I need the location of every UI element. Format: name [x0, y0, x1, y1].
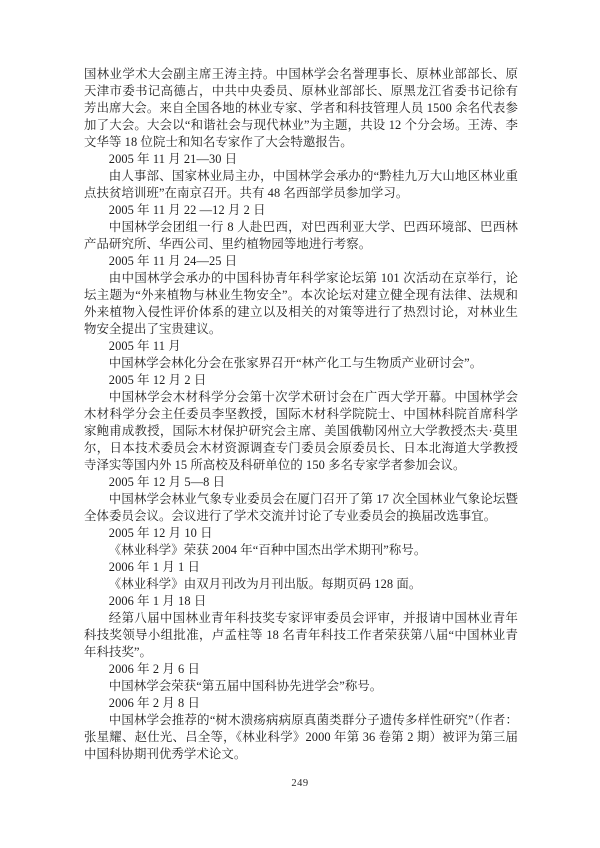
entry-date: 2006 年 2 月 6 日	[84, 661, 518, 678]
entry-date: 2006 年 2 月 8 日	[84, 695, 518, 712]
entry-paragraph: 经第八届中国林业青年科技奖专家评审委员会评审，并报请中国林业青年科技奖领导小组批…	[84, 610, 518, 661]
entry-paragraph: 国林业学术大会副主席王涛主持。中国林学会名誉理事长、原林业部部长、原天津市委书记…	[84, 66, 518, 151]
entry-date: 2006 年 1 月 1 日	[84, 559, 518, 576]
document-text: 国林业学术大会副主席王涛主持。中国林学会名誉理事长、原林业部部长、原天津市委书记…	[84, 66, 518, 763]
entry-paragraph: 中国林学会推荐的“树木溃疡病病原真菌类群分子遗传多样性研究”（作者：张星耀、赵仕…	[84, 712, 518, 763]
entry-date: 2005 年 12 月 10 日	[84, 525, 518, 542]
entry-date: 2005 年 11 月	[84, 338, 518, 355]
entry-date: 2005 年 11 月 22 —12 月 2 日	[84, 202, 518, 219]
entry-paragraph: 《林业科学》荣获 2004 年“百种中国杰出学术期刊”称号。	[84, 542, 518, 559]
entry-paragraph: 由人事部、国家林业局主办，中国林学会承办的“黔桂九万大山地区林业重点扶贫培训班”…	[84, 168, 518, 202]
entry-date: 2005 年 11 月 24—25 日	[84, 253, 518, 270]
page-number: 249	[0, 778, 600, 789]
entry-date: 2005 年 12 月 5—8 日	[84, 474, 518, 491]
document-page: 国林业学术大会副主席王涛主持。中国林学会名誉理事长、原林业部部长、原天津市委书记…	[0, 0, 600, 848]
entry-paragraph: 由中国林学会承办的中国科协青年科学家论坛第 101 次活动在京举行，论坛主题为“…	[84, 270, 518, 338]
entry-paragraph: 中国林学会木材科学分会第十次学术研讨会在广西大学开幕。中国林学会木材科学分会主任…	[84, 389, 518, 474]
entry-date: 2005 年 12 月 2 日	[84, 372, 518, 389]
entry-date: 2006 年 1 月 18 日	[84, 593, 518, 610]
entry-date: 2005 年 11 月 21—30 日	[84, 151, 518, 168]
entry-paragraph: 中国林学会林业气象专业委员会在厦门召开了第 17 次全国林业气象论坛暨全体委员会…	[84, 491, 518, 525]
entry-paragraph: 中国林学会团组一行 8 人赴巴西，对巴西利亚大学、巴西环境部、巴西林产品研究所、…	[84, 219, 518, 253]
entry-paragraph: 中国林学会林化分会在张家界召开“林产化工与生物质产业研讨会”。	[84, 355, 518, 372]
entry-paragraph: 《林业科学》由双月刊改为月刊出版。每期页码 128 面。	[84, 576, 518, 593]
entry-paragraph: 中国林学会荣获“第五届中国科协先进学会”称号。	[84, 678, 518, 695]
